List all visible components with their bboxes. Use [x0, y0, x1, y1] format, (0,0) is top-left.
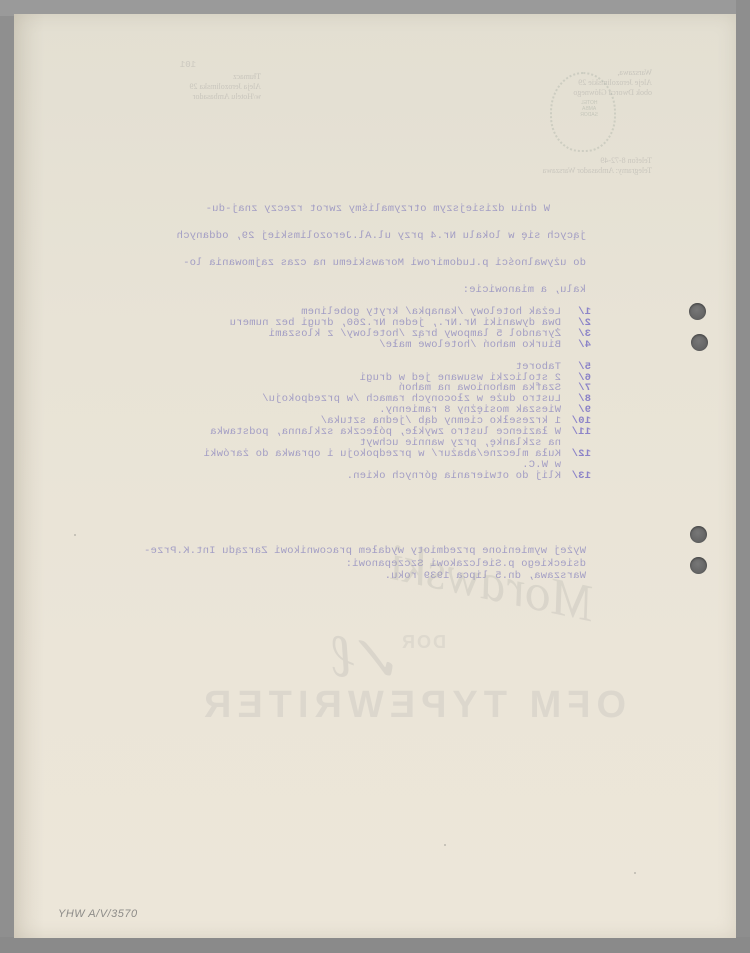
emblem-text: HOTEL AMBA SADOR: [580, 100, 598, 118]
body-paragraph: W dniu dzisiejszym otrzymaliśmy zwrot rz…: [176, 196, 586, 304]
paper-speck: [74, 534, 76, 536]
letterhead-line: w/Hotelu Ambasador: [189, 92, 261, 102]
list-item: 4/Biurko mahoń /hotelowe małe/: [203, 340, 591, 351]
punch-hole: [691, 334, 708, 351]
item-text: Kuła mleczne/abażur/ w przedpokoju i opr…: [203, 448, 561, 460]
punch-hole: [690, 557, 707, 574]
page-number: 101: [180, 60, 196, 70]
emblem-line: SADOR: [580, 112, 598, 118]
punch-hole: [689, 303, 706, 320]
paragraph-line: kalu, a mianowicie:: [176, 277, 586, 304]
letterhead-line: Tłumacz: [189, 72, 261, 82]
paper-speck: [634, 872, 636, 874]
item-number: 12/: [561, 449, 591, 460]
paragraph-line: jących się w lokalu Nr.4 przy ul.Al.Jero…: [176, 223, 586, 250]
item-text: Klij do otwierania górnych okien.: [346, 470, 561, 482]
item-text: Biurko mahoń /hotelowe małe/: [379, 339, 561, 351]
list-item: 13/Klij do otwierania górnych okien.: [203, 471, 591, 482]
item-number: 5/: [561, 362, 591, 373]
show-through-stamp-upper: DOR: [400, 632, 446, 653]
returned-items-list: 1/Leżak hotelowy /kanapka/ kryty gobelin…: [203, 307, 591, 482]
mirrored-show-through-layer: 101 Warszawa, Aleje Jerozolimskie 29 obo…: [14, 14, 736, 938]
letterhead-line: Aleja Jerozolimska 29: [189, 82, 261, 92]
closing-line: Wyżej wymienione przedmioty wydałem prac…: [144, 545, 586, 558]
item-number: 11/: [561, 427, 591, 438]
letterhead-line: Telefon 8-72-49: [543, 156, 652, 166]
paragraph-line: W dniu dzisiejszym otrzymaliśmy zwrot rz…: [176, 196, 586, 223]
document-page: 101 Warszawa, Aleje Jerozolimskie 29 obo…: [14, 14, 736, 938]
item-number: 4/: [561, 340, 591, 351]
paragraph-line: do używalności p.Ludomirowi Morawskiemu …: [176, 250, 586, 277]
scanner-background-right: [736, 0, 750, 953]
show-through-stamp-typewriter: OFM TYPEWRITER: [198, 684, 626, 727]
paper-speck: [444, 844, 446, 846]
punch-hole: [690, 526, 707, 543]
scanner-background-bottom: [0, 937, 750, 953]
letterhead-address-right: Tłumacz Aleja Jerozolimska 29 w/Hotelu A…: [189, 72, 261, 102]
item-number: 13/: [561, 471, 591, 482]
letterhead-contact: Telefon 8-72-49 Telegramy: Ambasador War…: [543, 156, 652, 176]
letterhead-line: Telegramy: Ambasador Warszawa: [543, 166, 652, 176]
archive-reference-number: YHW A/V/3570: [58, 908, 138, 920]
